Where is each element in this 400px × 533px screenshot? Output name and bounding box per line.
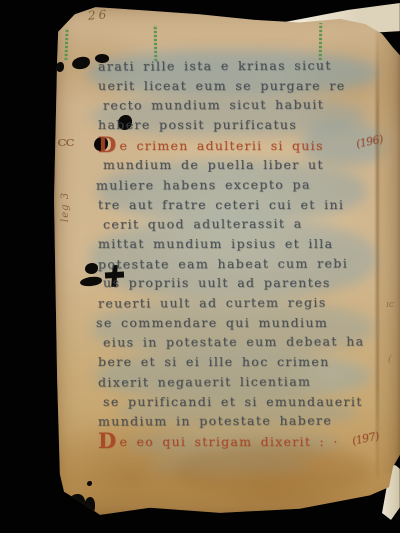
worm-hole — [84, 497, 95, 516]
manuscript-text-line: mundium in potestate habere — [98, 411, 390, 432]
manuscript-text-line: cerit quod adulterassit a — [103, 214, 390, 235]
manuscript-text-line: uerit liceat eum se purgare re — [98, 76, 390, 96]
photo-black-background: ıc ( 26 cc leg 3 arati rille ista e krin… — [0, 0, 400, 533]
manuscript-text-line: se commendare qui mundium — [96, 313, 390, 333]
worm-hole — [87, 481, 92, 486]
worm-hole — [68, 494, 85, 513]
folio-number: 26 — [88, 7, 110, 22]
manuscript-text-line: habere possit purificatus — [98, 115, 390, 135]
green-paint-mark — [64, 28, 68, 60]
manuscript-text-line: se purificandi et si emundauerit — [103, 392, 390, 412]
text-block: arati rille ista e krinas sicut uerit li… — [98, 56, 390, 451]
edge-damage — [56, 62, 64, 72]
manuscript-page: ıc ( 26 cc leg 3 arati rille ista e krin… — [54, 4, 400, 518]
manuscript-text-line: tre aut fratre ceteri cui et ini — [98, 195, 390, 215]
manuscript-text-line: mittat mundium ipsius et illa — [98, 234, 390, 254]
rubric-initial: D — [98, 132, 118, 157]
manuscript-text-line: mundium de puella liber ut — [103, 155, 390, 175]
margin-chapter-mark: cc — [57, 135, 73, 150]
margin-chapter-number-bottom: (197) — [350, 426, 381, 452]
ink-blot — [85, 263, 98, 274]
rubric-text: e eo qui strigam dixerit : · — [120, 434, 339, 449]
rubric-text: e crimen adulterii si quis — [120, 138, 324, 153]
manuscript-text-line: muliere habens excepto pa — [96, 174, 390, 195]
manuscript-text-line: bere et si ei ille hoc crimen — [98, 352, 390, 372]
rubric-line-de-crimen: De crimen adulterii si quis (196) — [98, 135, 390, 156]
manuscript-text-line: dixerit negauerit licentiam — [98, 371, 390, 392]
margin-chapter-number-top: (196) — [354, 129, 385, 155]
manuscript-text-line: arati rille ista e krinas sicut — [98, 55, 390, 76]
manuscript-text-line: reuerti uult ad curtem regis — [98, 292, 390, 313]
rubric-initial: D — [98, 428, 118, 453]
rubric-line-de-eo: De eo qui strigam dixerit : · (197) — [98, 431, 390, 452]
manuscript-text-line: recto mundium sicut habuit — [103, 95, 390, 116]
green-paint-mark — [319, 23, 323, 60]
manuscript-text-line: potestate eam habeat cum rebi — [98, 253, 390, 274]
manuscript-text-line: us propriis uult ad parentes — [103, 273, 390, 293]
margin-side-note: leg 3 — [60, 192, 71, 222]
manuscript-text-line: eius in potestate eum debeat ha — [103, 332, 390, 353]
brown-stain — [174, 444, 374, 499]
